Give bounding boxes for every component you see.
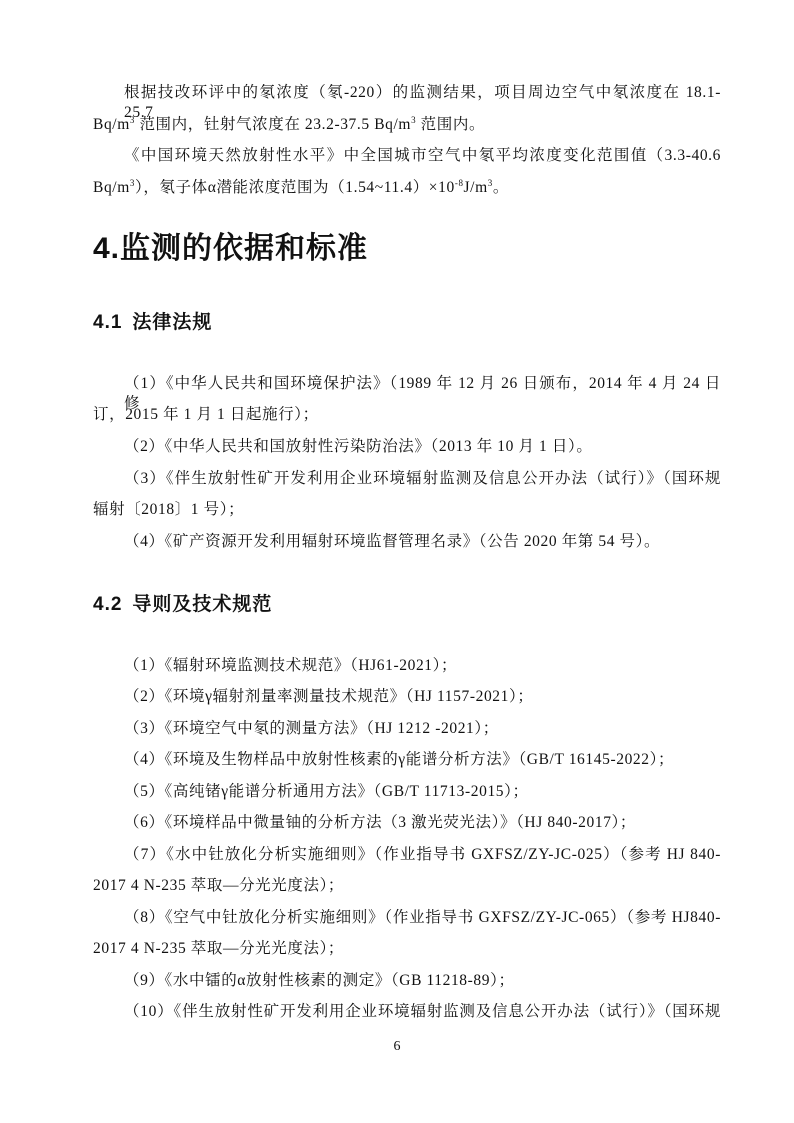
standard-item-7-line-2: 2017 4 N-235 萃取—分光光度法）； [93,876,721,896]
section-title: 法律法规 [132,312,212,333]
standard-item-7-line-1: （7）《水中钍放化分析实施细则》（作业指导书 GXFSZ/ZY-JC-025）（… [124,845,721,865]
intro-paragraph-2-line-1: 《中国环境天然放射性水平》中全国城市空气中氡平均浓度变化范围值（3.3-40.6 [124,146,721,166]
intro-paragraph-1-line-2: Bq/m3 范围内，钍射气浓度在 23.2-37.5 Bq/m3 范围内。 [93,115,721,135]
standard-item-10-line-1: （10）《伴生放射性矿开发利用企业环境辐射监测及信息公开办法（试行）》（国环规 [124,1002,721,1022]
page-number: 6 [0,1038,794,1056]
standard-item-9: （9）《水中镭的α放射性核素的测定》（GB 11218-89）； [124,971,721,991]
standard-item-3: （3）《环境空气中氡的测量方法》（HJ 1212 -2021）； [124,719,721,739]
law-item-2: （2）《中华人民共和国放射性污染防治法》（2013 年 10 月 1 日）。 [124,437,721,457]
law-item-3-line-2: 辐射〔2018〕1 号）； [93,500,721,520]
text-span: 范围内，钍射气浓度在 23.2-37.5 Bq/m [135,116,411,133]
text-span: ），氡子体α潜能浓度范围为（1.54~11.4）×10 [135,179,455,196]
standard-item-2: （2）《环境γ辐射剂量率测量技术规范》（HJ 1157-2021）； [124,687,721,707]
text-span: 。 [493,179,509,196]
law-item-4: （4）《矿产资源开发利用辐射环境监督管理名录》（公告 2020 年第 54 号）… [124,532,721,552]
section-heading-4-1: 4.1法律法规 [93,310,212,336]
standard-item-8-line-1: （8）《空气中钍放化分析实施细则》（作业指导书 GXFSZ/ZY-JC-065）… [124,908,721,928]
section-heading-4-2: 4.2导则及技术规范 [93,592,272,618]
section-number: 4.2 [93,594,122,615]
intro-paragraph-2-line-2: Bq/m3），氡子体α潜能浓度范围为（1.54~11.4）×10-8J/m3。 [93,178,721,198]
text-span: Bq/m [93,116,130,133]
standard-item-1: （1）《辐射环境监测技术规范》（HJ61-2021）； [124,656,721,676]
text-span: Bq/m [93,179,130,196]
standard-item-5: （5）《高纯锗γ能谱分析通用方法》（GB/T 11713-2015）； [124,782,721,802]
law-item-3-line-1: （3）《伴生放射性矿开发利用企业环境辐射监测及信息公开办法（试行）》（国环规 [124,469,721,489]
standard-item-4: （4）《环境及生物样品中放射性核素的γ能谱分析方法》（GB/T 16145-20… [124,750,721,770]
section-heading-4: 4.监测的依据和标准 [93,230,368,268]
superscript: -8 [455,178,464,188]
section-number: 4.1 [93,312,122,333]
document-page: 根据技改环评中的氡浓度（氡-220）的监测结果，项目周边空气中氡浓度在 18.1… [0,0,794,1123]
standard-item-6: （6）《环境样品中微量铀的分析方法（3 激光荧光法）》（HJ 840-2017）… [124,813,721,833]
standard-item-8-line-2: 2017 4 N-235 萃取—分光光度法）； [93,939,721,959]
text-span: J/m [464,179,488,196]
section-title: 导则及技术规范 [132,594,272,615]
text-span: 范围内。 [416,116,485,133]
law-item-1-line-2: 订，2015 年 1 月 1 日起施行）； [93,405,721,425]
